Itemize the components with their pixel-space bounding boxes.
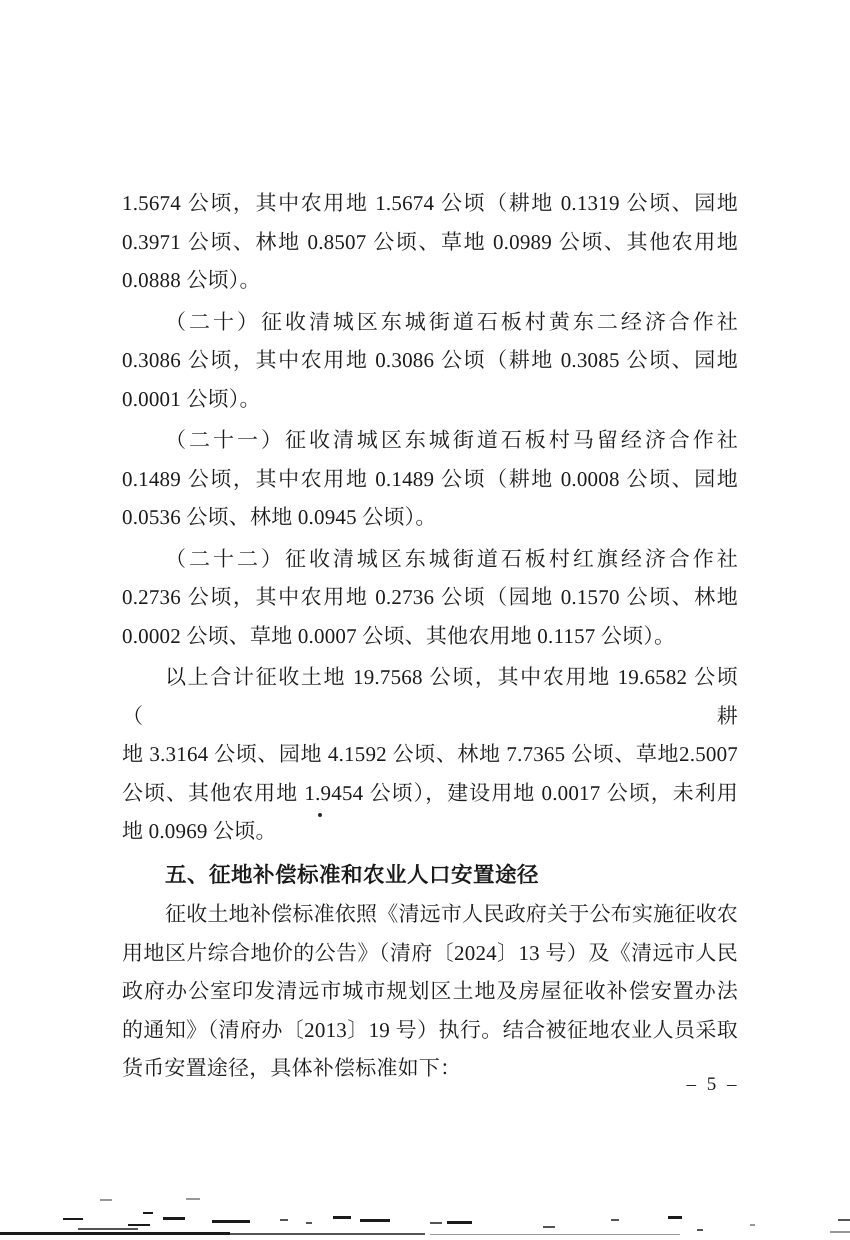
scan-artifact — [611, 1219, 619, 1221]
text-line: 地 3.3164 公顷、园地 4.1592 公顷、林地 7.7365 公顷、草地… — [122, 735, 738, 774]
text-line: 0.3086 公顷，其中农用地 0.3086 公顷（耕地 0.3085 公顷、园… — [122, 341, 738, 380]
scan-artifact — [430, 1222, 442, 1224]
scan-artifact — [838, 1219, 850, 1221]
scan-speck — [318, 813, 322, 817]
paragraph: （二十）征收清城区东城街道石板村黄东二经济合作社0.3086 公顷，其中农用地 … — [122, 303, 738, 419]
scan-artifact — [430, 1234, 680, 1235]
text-line: 公顷、其他农用地 1.9454 公顷），建设用地 0.0017 公顷，未利用 — [122, 774, 738, 813]
scan-artifact — [543, 1226, 555, 1228]
scan-artifact — [186, 1198, 200, 1200]
paragraph: 征收土地补偿标准依照《清远市人民政府关于公布实施征收农用地区片综合地价的公告》（… — [122, 895, 738, 1088]
paragraph: （二十一）征收清城区东城街道石板村马留经济合作社0.1489 公顷，其中农用地 … — [122, 421, 738, 537]
scan-artifact — [100, 1199, 112, 1201]
text-line: 1.5674 公顷，其中农用地 1.5674 公顷（耕地 0.1319 公顷、园… — [122, 184, 738, 223]
document-page: 1.5674 公顷，其中农用地 1.5674 公顷（耕地 0.1319 公顷、园… — [0, 0, 850, 1240]
text-line: 0.1489 公顷，其中农用地 0.1489 公顷（耕地 0.0008 公顷、园… — [122, 460, 738, 499]
section-heading: 五、征地补偿标准和农业人口安置途径 — [122, 856, 738, 895]
scan-artifact — [230, 1233, 425, 1235]
text-line: 征收土地补偿标准依照《清远市人民政府关于公布实施征收农 — [122, 895, 738, 934]
text-line: 0.2736 公顷，其中农用地 0.2736 公顷（园地 0.1570 公顷、林… — [122, 578, 738, 617]
text-line: 以上合计征收土地 19.7568 公顷，其中农用地 19.6582 公顷（耕 — [122, 658, 738, 735]
text-line: （二十二）征收清城区东城街道石板村红旗经济合作社 — [122, 540, 738, 579]
scan-artifact — [360, 1219, 390, 1222]
scan-artifact — [750, 1224, 755, 1226]
document-body: 1.5674 公顷，其中农用地 1.5674 公顷（耕地 0.1319 公顷、园… — [122, 184, 738, 1088]
scan-artifact — [128, 1224, 150, 1226]
scan-artifact — [212, 1220, 250, 1223]
scan-artifact — [63, 1218, 83, 1220]
page-number: – 5 – — [678, 1074, 748, 1096]
text-line: 0.0536 公顷、林地 0.0945 公顷）。 — [122, 498, 738, 537]
scan-artifact — [306, 1222, 312, 1224]
scan-artifact — [0, 1232, 230, 1235]
text-line: 五、征地补偿标准和农业人口安置途径 — [122, 856, 738, 895]
scan-artifact — [280, 1219, 288, 1221]
scan-artifact — [143, 1212, 153, 1214]
text-line: 政府办公室印发清远市城市规划区土地及房屋征收补偿安置办法 — [122, 972, 738, 1011]
text-line: 的通知》（清府办〔2013〕19 号）执行。结合被征地农业人员采取 — [122, 1011, 738, 1050]
scan-artifact — [668, 1216, 682, 1219]
paragraph: 1.5674 公顷，其中农用地 1.5674 公顷（耕地 0.1319 公顷、园… — [122, 184, 738, 300]
text-line: 用地区片综合地价的公告》（清府〔2024〕13 号）及《清远市人民 — [122, 934, 738, 973]
text-line: 0.3971 公顷、林地 0.8507 公顷、草地 0.0989 公顷、其他农用… — [122, 223, 738, 262]
scan-artifact — [447, 1221, 472, 1224]
scan-artifact — [163, 1217, 185, 1220]
text-line: 0.0888 公顷）。 — [122, 261, 738, 300]
text-line: 0.0001 公顷）。 — [122, 380, 738, 419]
text-line: （二十一）征收清城区东城街道石板村马留经济合作社 — [122, 421, 738, 460]
text-line: （二十）征收清城区东城街道石板村黄东二经济合作社 — [122, 303, 738, 342]
text-line: 货币安置途径，具体补偿标准如下： — [122, 1049, 738, 1088]
scan-artifact — [333, 1216, 351, 1219]
scan-artifact — [830, 1231, 850, 1233]
text-line: 0.0002 公顷、草地 0.0007 公顷、其他农用地 0.1157 公顷）。 — [122, 617, 738, 656]
text-line: 地 0.0969 公顷。 — [122, 812, 738, 851]
paragraph: （二十二）征收清城区东城街道石板村红旗经济合作社0.2736 公顷，其中农用地 … — [122, 540, 738, 656]
scan-artifact — [78, 1228, 138, 1230]
scan-artifact — [697, 1229, 703, 1231]
paragraph: 以上合计征收土地 19.7568 公顷，其中农用地 19.6582 公顷（耕地 … — [122, 658, 738, 851]
